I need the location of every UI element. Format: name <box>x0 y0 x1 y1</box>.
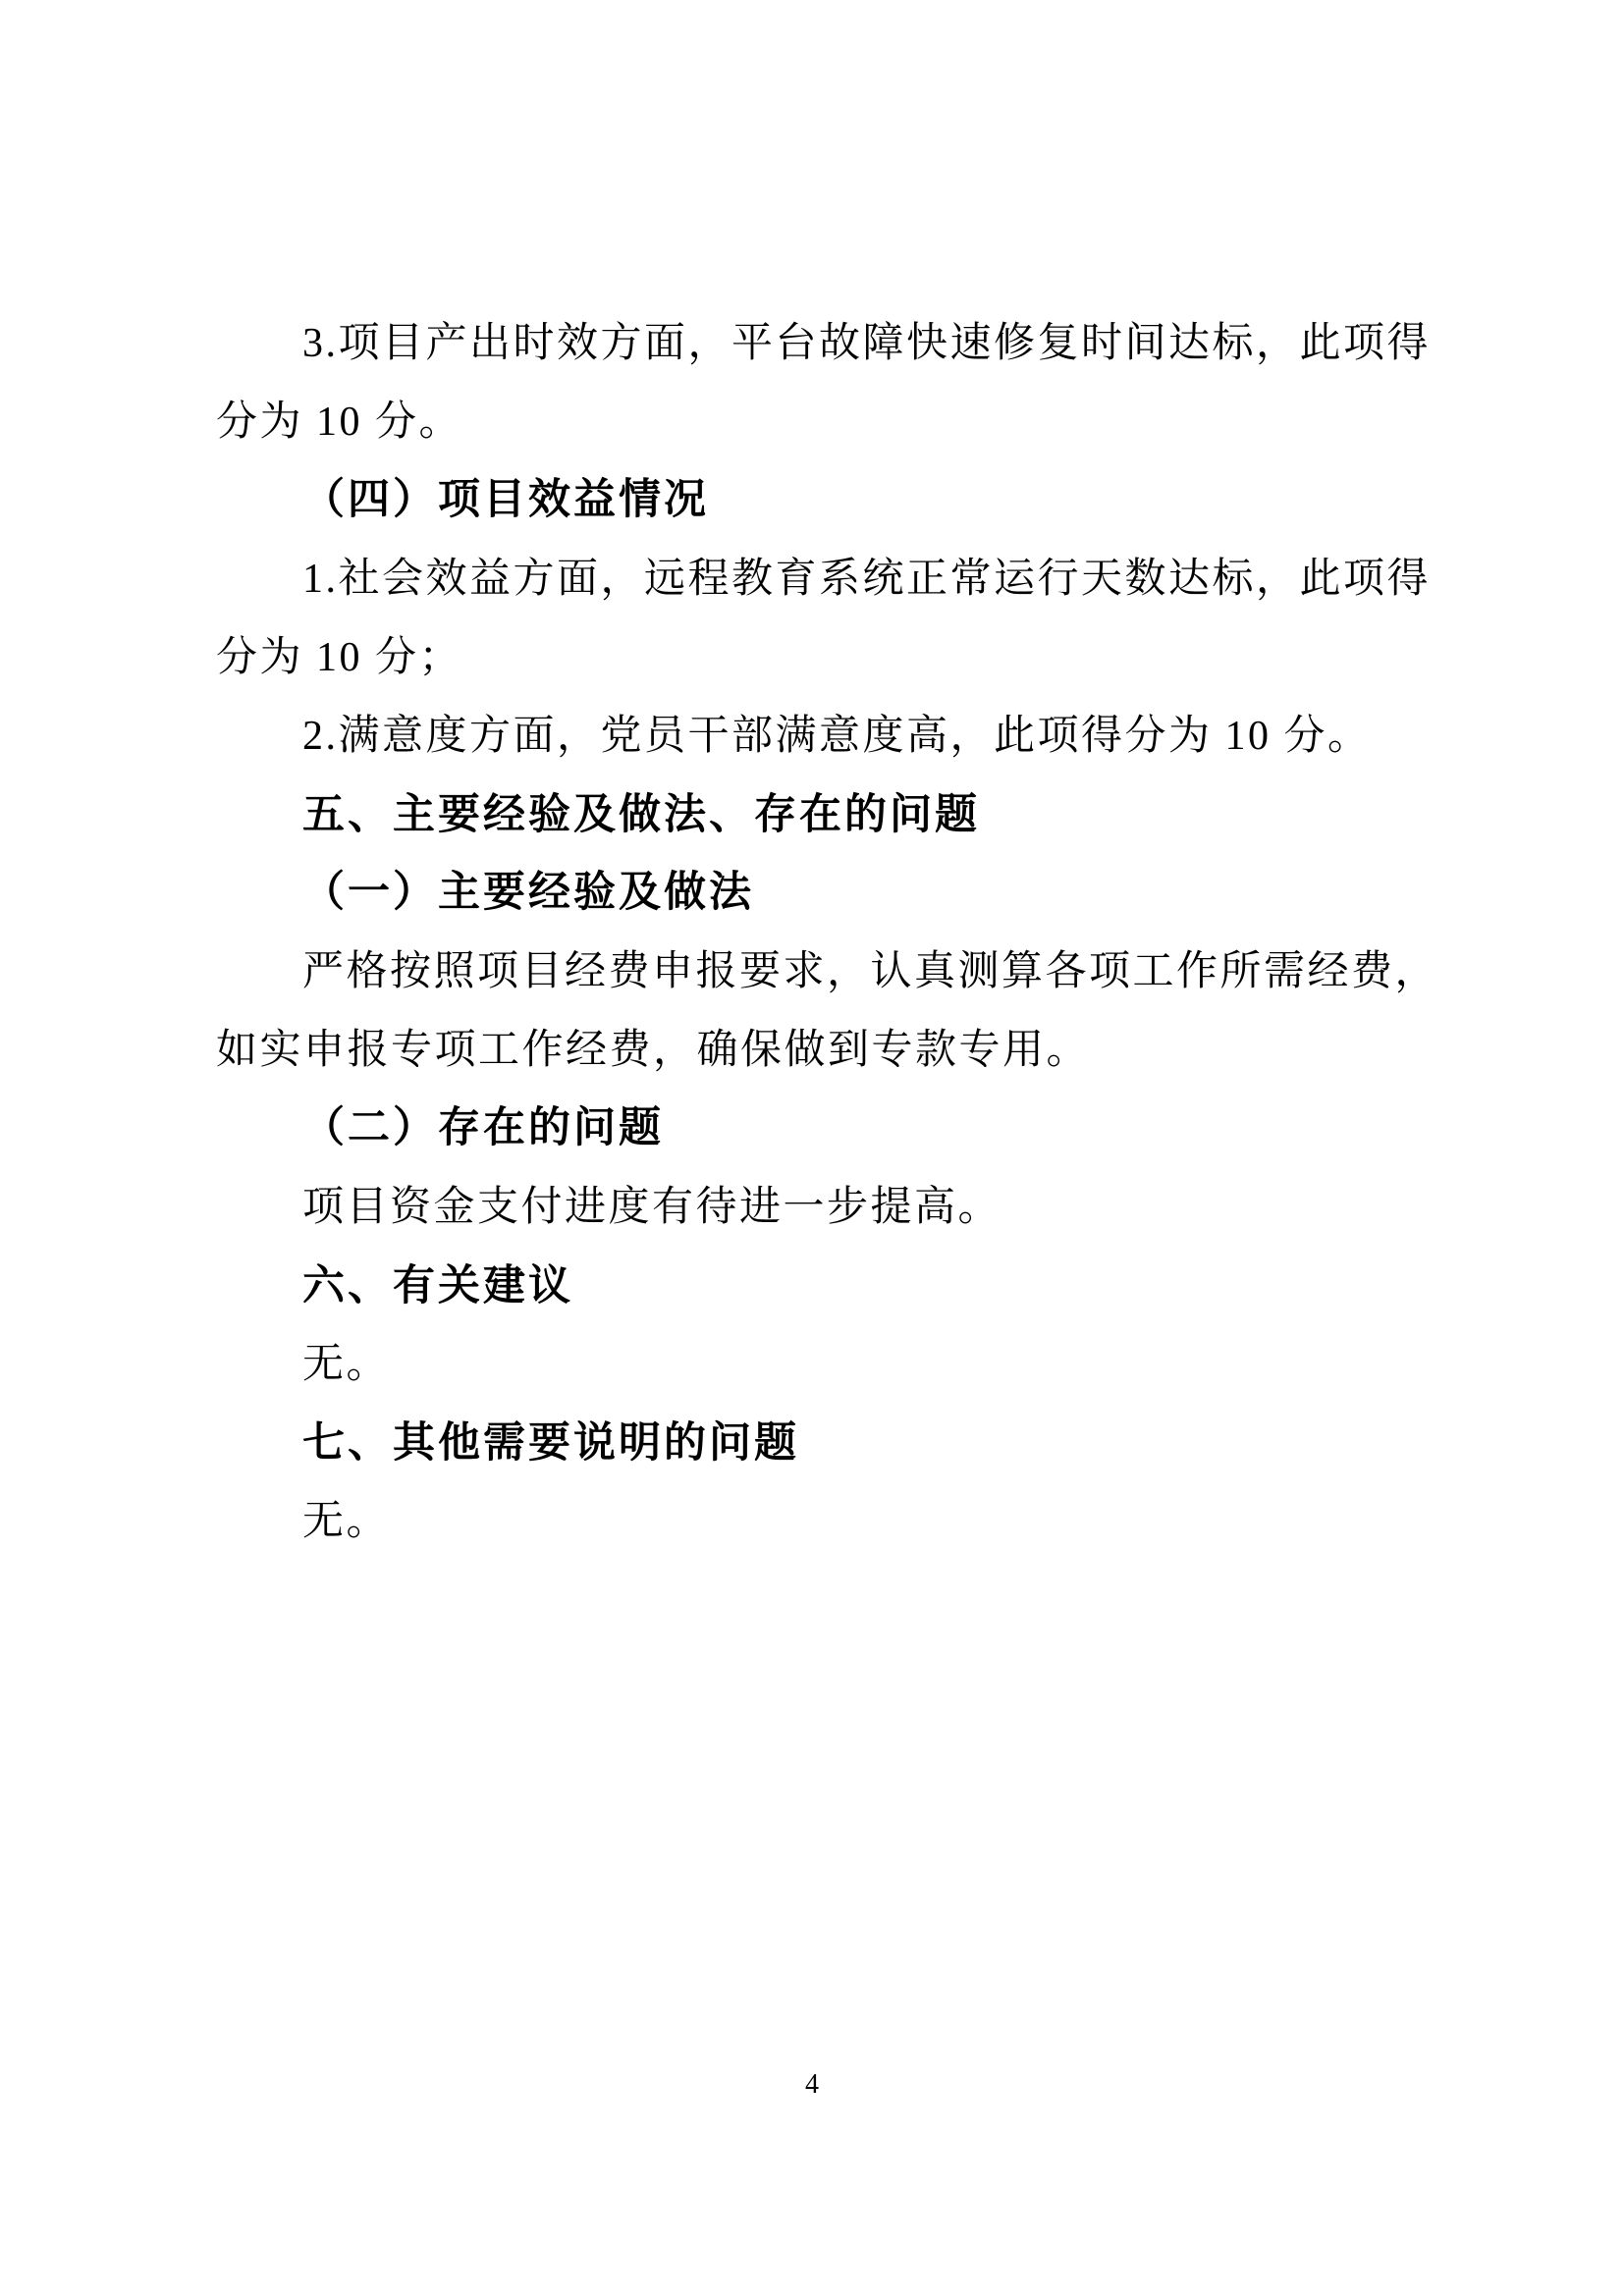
page-number: 4 <box>0 2059 1624 2110</box>
heading-section-5-experience-problems: 五、主要经验及做法、存在的问题 <box>216 775 1408 854</box>
para-3-output-timeliness-continued: 分为 10 分。 <box>216 383 1408 461</box>
document-body: 3.项目产出时效方面，平台故障快速修复时间达标，此项得 分为 10 分。 （四）… <box>216 304 1408 1561</box>
para-2-satisfaction: 2.满意度方面，党员干部满意度高，此项得分为 10 分。 <box>216 697 1408 775</box>
para-suggestions-none: 无。 <box>216 1325 1408 1404</box>
heading-section-7-other-issues: 七、其他需要说明的问题 <box>216 1404 1408 1482</box>
para-other-issues-none: 无。 <box>216 1482 1408 1561</box>
heading-section-6-suggestions: 六、有关建议 <box>216 1247 1408 1325</box>
para-problems: 项目资金支付进度有待进一步提高。 <box>216 1168 1408 1247</box>
heading-5-1-main-experience: （一）主要经验及做法 <box>216 854 1408 933</box>
para-3-output-timeliness: 3.项目产出时效方面，平台故障快速修复时间达标，此项得 <box>216 304 1408 383</box>
para-experience-continued: 如实申报专项工作经费，确保做到专款专用。 <box>216 1011 1408 1090</box>
heading-5-2-existing-problems: （二）存在的问题 <box>216 1090 1408 1168</box>
para-1-social-benefit-continued: 分为 10 分； <box>216 618 1408 697</box>
para-1-social-benefit: 1.社会效益方面，远程教育系统正常运行天数达标，此项得 <box>216 540 1408 618</box>
heading-section-4-project-benefit: （四）项目效益情况 <box>216 461 1408 540</box>
document-page: 3.项目产出时效方面，平台故障快速修复时间达标，此项得 分为 10 分。 （四）… <box>0 0 1624 2296</box>
para-experience: 严格按照项目经费申报要求，认真测算各项工作所需经费， <box>216 933 1408 1011</box>
